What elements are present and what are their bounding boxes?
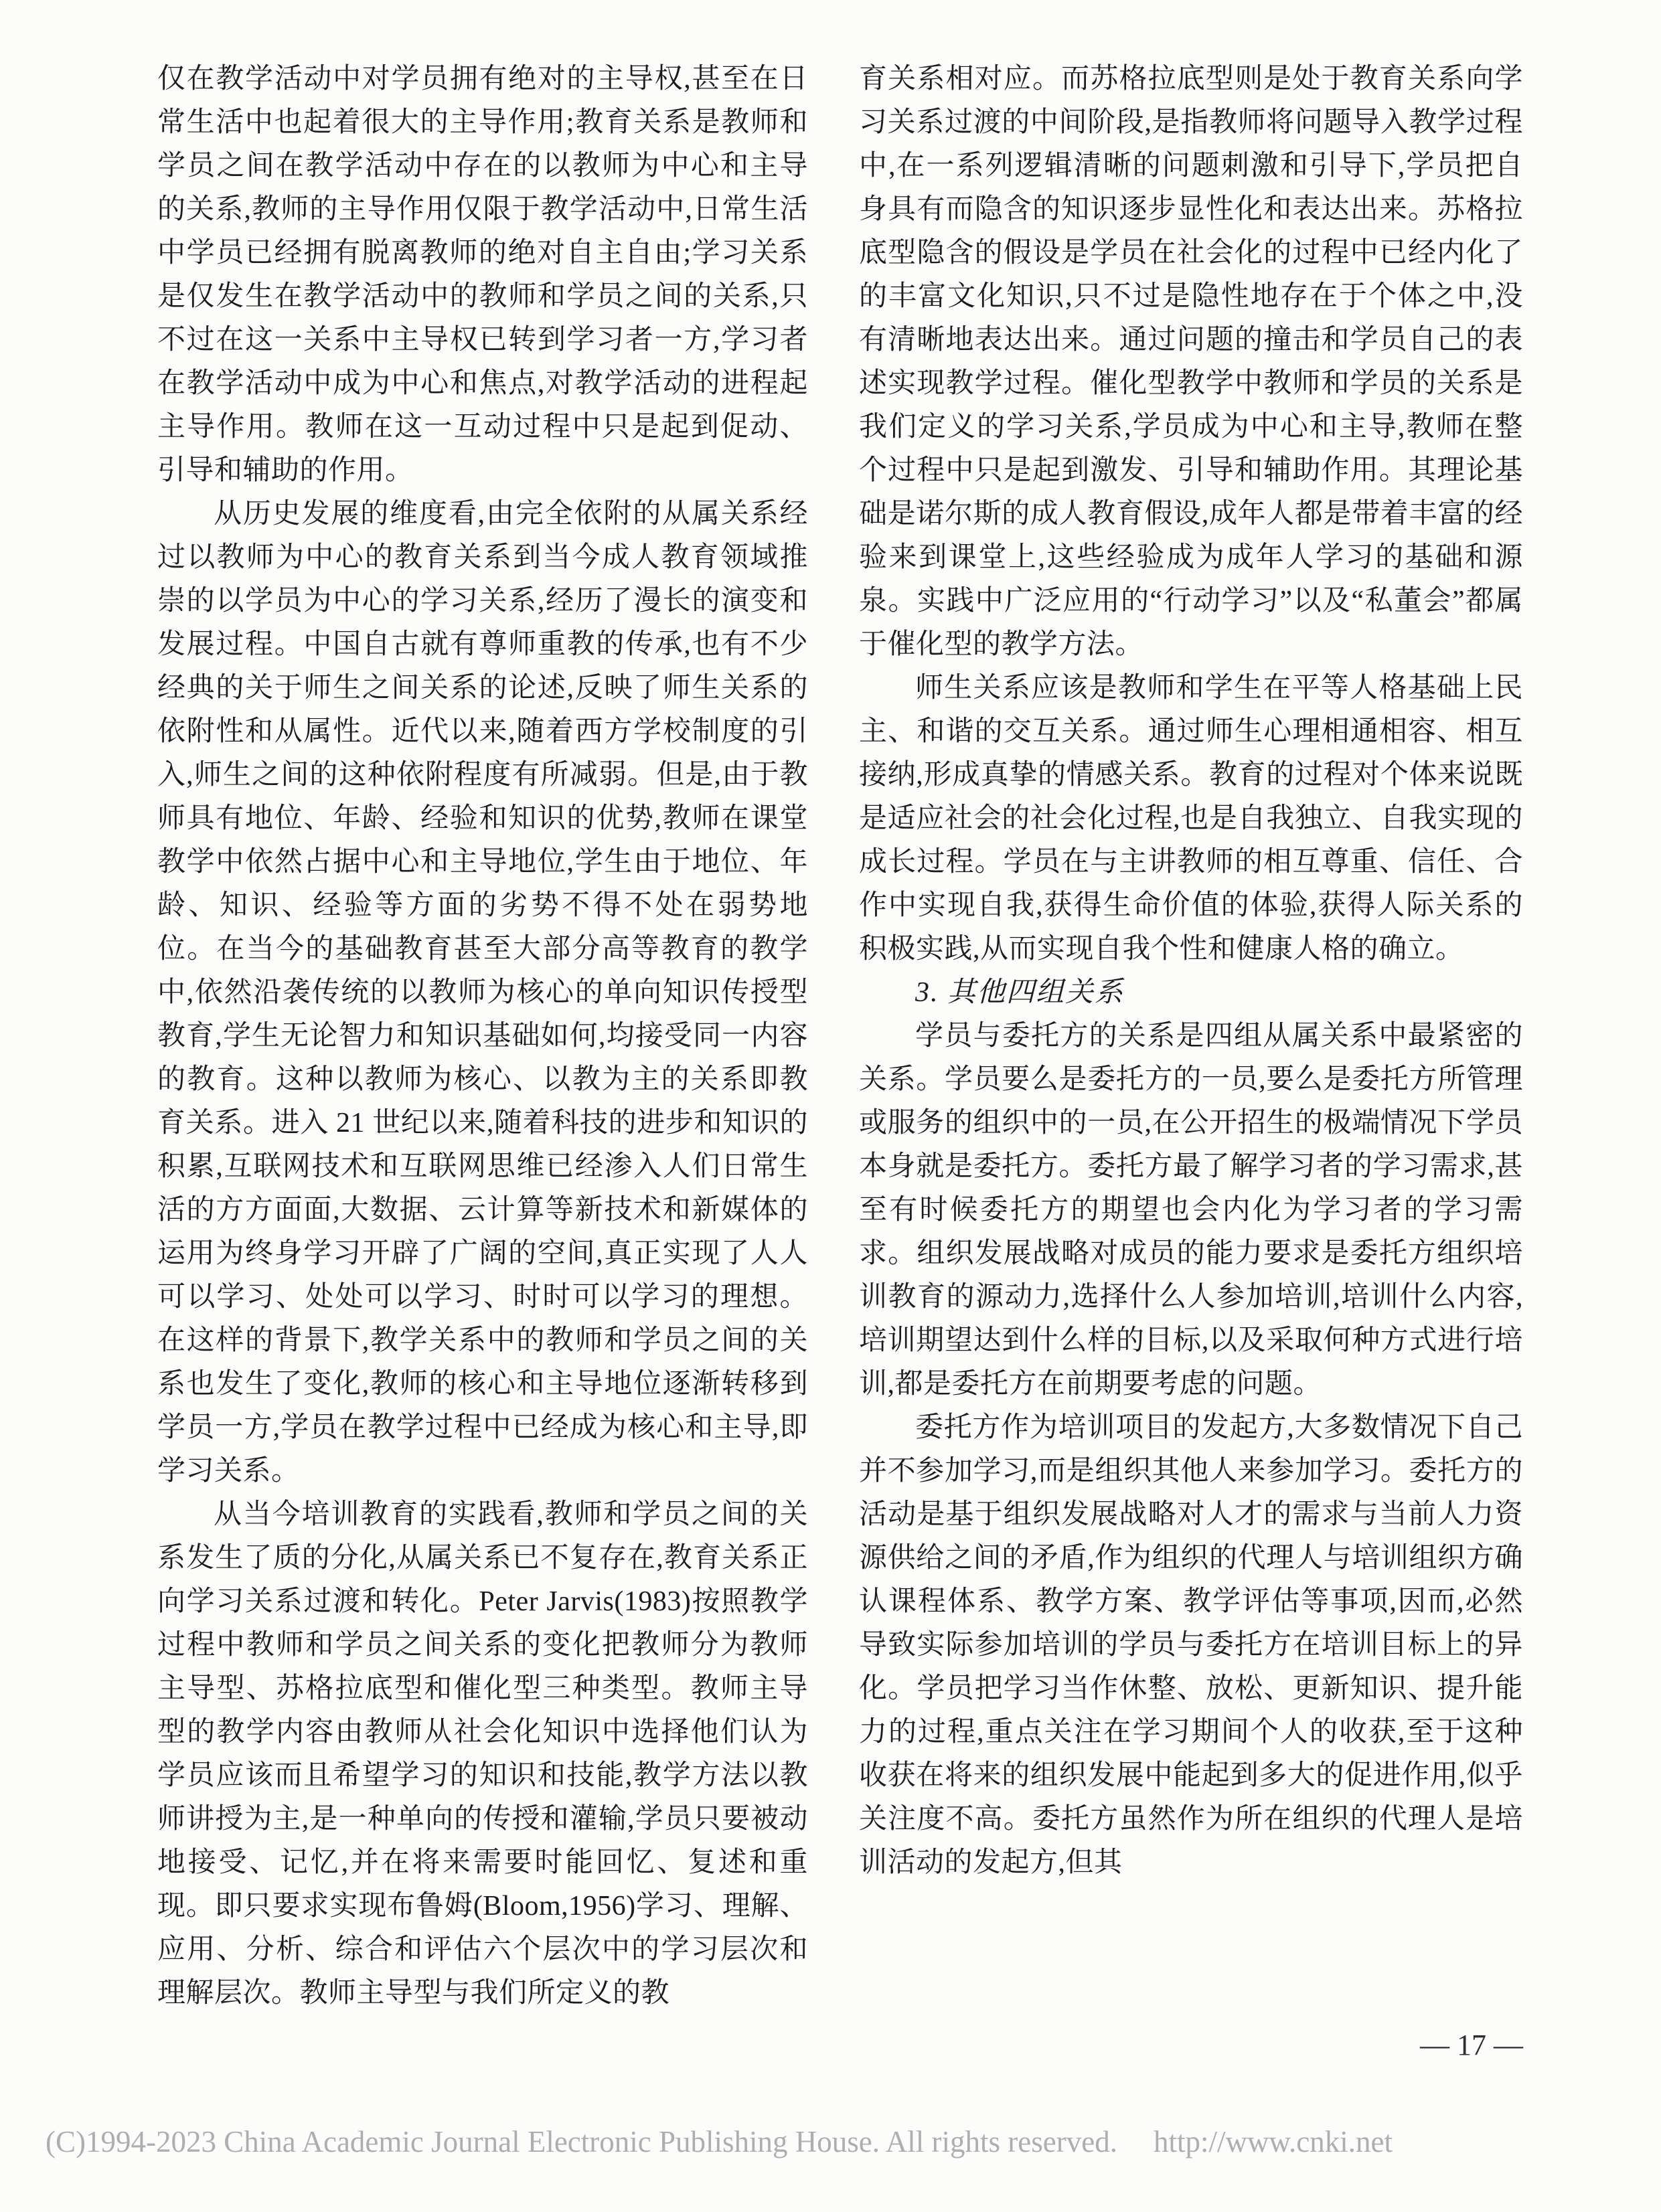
page-number: — 17 — <box>859 2025 1523 2065</box>
footer: (C)1994-2023 China Academic Journal Elec… <box>46 2123 1619 2160</box>
paragraph: 师生关系应该是教师和学生在平等人格基础上民主、和谐的交互关系。通过师生心理相通相… <box>859 667 1523 971</box>
paragraph: 学员与委托方的关系是四组从属关系中最紧密的关系。学员要么是委托方的一员,要么是委… <box>859 1015 1523 1406</box>
paragraph: 育关系相对应。而苏格拉底型则是处于教育关系向学习关系过渡的中间阶段,是指教师将问… <box>859 58 1523 667</box>
footer-copyright: (C)1994-2023 China Academic Journal Elec… <box>46 2125 1117 2158</box>
paragraph: 从历史发展的维度看,由完全依附的从属关系经过以教师为中心的教育关系到当今成人教育… <box>157 493 808 1493</box>
section-heading: 3. 其他四组关系 <box>859 971 1523 1015</box>
paragraph: 仅在教学活动中对学员拥有绝对的主导权,甚至在日常生活中也起着很大的主导作用;教育… <box>157 58 808 493</box>
paragraph: 从当今培训教育的实践看,教师和学员之间的关系发生了质的分化,从属关系已不复存在,… <box>157 1493 808 2015</box>
paragraph: 委托方作为培训项目的发起方,大多数情况下自己并不参加学习,而是组织其他人来参加学… <box>859 1406 1523 1885</box>
text-column-right: 育关系相对应。而苏格拉底型则是处于教育关系向学习关系过渡的中间阶段,是指教师将问… <box>859 58 1523 1885</box>
page: 仅在教学活动中对学员拥有绝对的主导权,甚至在日常生活中也起着很大的主导作用;教育… <box>0 0 1661 2212</box>
text-column-left: 仅在教学活动中对学员拥有绝对的主导权,甚至在日常生活中也起着很大的主导作用;教育… <box>157 58 808 2015</box>
footer-url: http://www.cnki.net <box>1154 2125 1393 2158</box>
